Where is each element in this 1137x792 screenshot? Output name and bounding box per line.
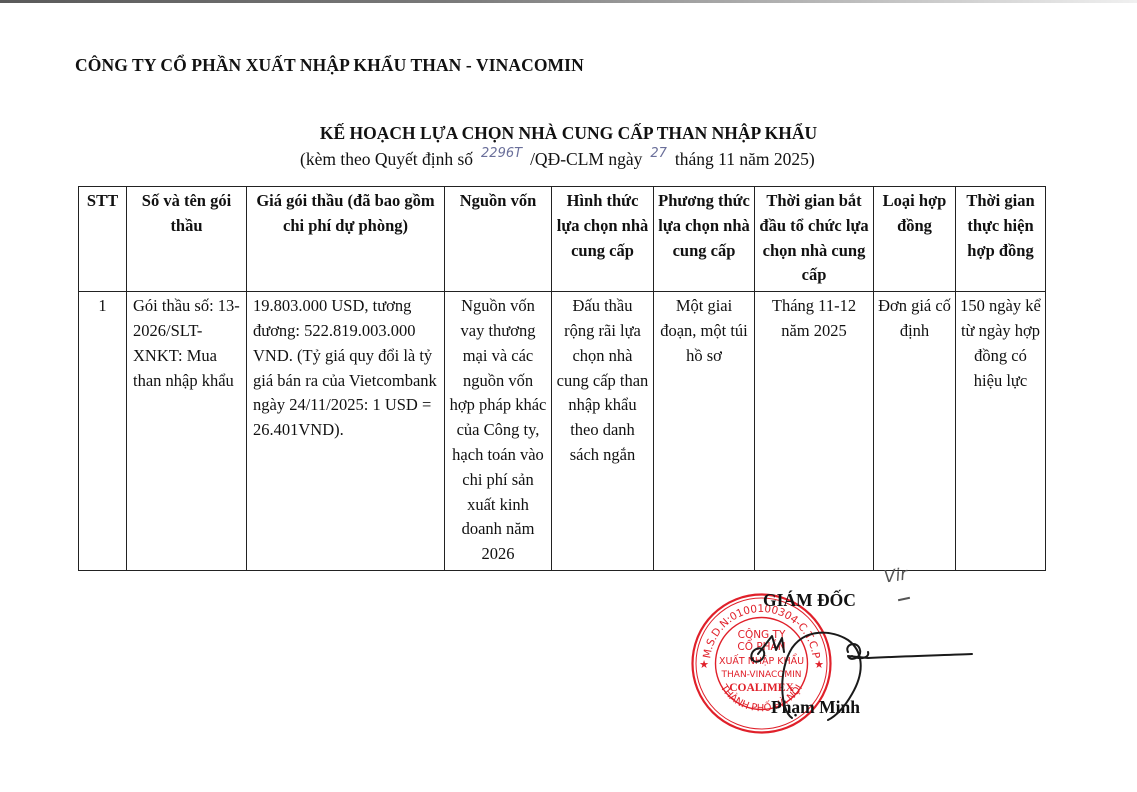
handwritten-initials: Vir bbox=[883, 564, 909, 587]
handwritten-day: 27 bbox=[650, 146, 667, 161]
col-header-funding: Nguồn vốn bbox=[445, 187, 552, 292]
cell-duration: 150 ngày kể từ ngày hợp đồng có hiệu lực bbox=[956, 292, 1046, 571]
signature-strokes bbox=[740, 600, 980, 730]
cell-package: Gói thầu số: 13-2026/SLT-XNKT: Mua than … bbox=[127, 292, 247, 571]
col-header-package: Số và tên gói thầu bbox=[127, 187, 247, 292]
cell-start-time: Tháng 11-12 năm 2025 bbox=[755, 292, 874, 571]
cell-stt: 1 bbox=[79, 292, 127, 571]
scan-edge bbox=[0, 0, 1137, 3]
col-header-stt: STT bbox=[79, 187, 127, 292]
cell-contract-type: Đơn giá cố định bbox=[874, 292, 956, 571]
document-title: KẾ HOẠCH LỰA CHỌN NHÀ CUNG CẤP THAN NHẬP… bbox=[0, 123, 1137, 144]
col-header-contract-type: Loại hợp đồng bbox=[874, 187, 956, 292]
col-header-selection-method: Phương thức lựa chọn nhà cung cấp bbox=[654, 187, 755, 292]
table-header-row: STT Số và tên gói thầu Giá gói thầu (đã … bbox=[79, 187, 1046, 292]
subtitle-prefix: (kèm theo Quyết định số bbox=[300, 149, 473, 169]
cell-selection-method: Một giai đoạn, một túi hồ sơ bbox=[654, 292, 755, 571]
table-row: 1 Gói thầu số: 13-2026/SLT-XNKT: Mua tha… bbox=[79, 292, 1046, 571]
col-header-start-time: Thời gian bắt đầu tổ chức lựa chọn nhà c… bbox=[755, 187, 874, 292]
document-subtitle: (kèm theo Quyết định số2296T/QĐ-CLM ngày… bbox=[300, 149, 815, 170]
col-header-selection-form: Hình thức lựa chọn nhà cung cấp bbox=[552, 187, 654, 292]
stamp-star-left: ★ bbox=[699, 658, 709, 671]
procurement-plan-table: STT Số và tên gói thầu Giá gói thầu (đã … bbox=[78, 186, 1046, 571]
col-header-duration: Thời gian thực hiện hợp đồng bbox=[956, 187, 1046, 292]
company-name: CÔNG TY CỔ PHẦN XUẤT NHẬP KHẨU THAN - VI… bbox=[75, 55, 584, 76]
subtitle-middle: /QĐ-CLM ngày bbox=[530, 149, 642, 169]
subtitle-suffix: tháng 11 năm 2025) bbox=[675, 149, 815, 169]
cell-funding: Nguồn vốn vay thương mại và các nguồn vố… bbox=[445, 292, 552, 571]
handwritten-decision-number: 2296T bbox=[481, 146, 522, 161]
cell-selection-form: Đấu thầu rộng rãi lựa chọn nhà cung cấp … bbox=[552, 292, 654, 571]
cell-price: 19.803.000 USD, tương đương: 522.819.003… bbox=[247, 292, 445, 571]
col-header-price: Giá gói thầu (đã bao gồm chi phí dự phòn… bbox=[247, 187, 445, 292]
